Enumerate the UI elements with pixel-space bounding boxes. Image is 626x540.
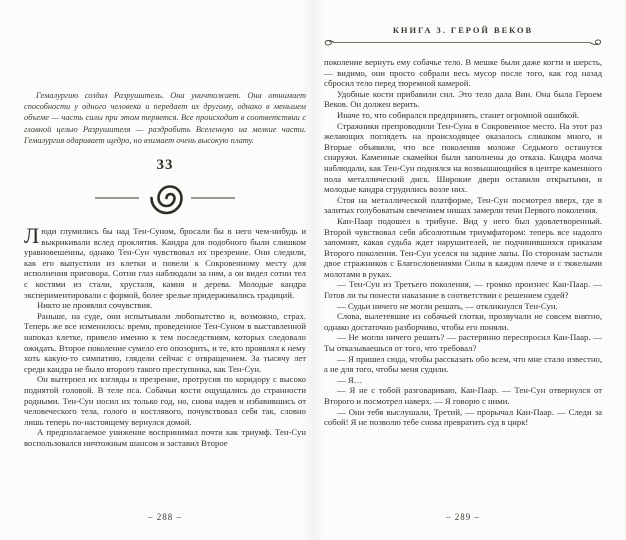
- paragraph: — Я…: [324, 375, 602, 386]
- body-text-left: Люди глумились бы над Тен-Суном, бросали…: [24, 226, 306, 448]
- paragraph: Иначе то, что собирался предпринять, ста…: [324, 110, 602, 121]
- paragraph: Стражники препроводили Тен-Суна в Сокров…: [324, 121, 602, 195]
- page-right: КНИГА 3. ГЕРОЙ ВЕКОВ поколение вернуть е…: [313, 0, 626, 540]
- paragraph: Удобные кости прибавили сил. Это тело да…: [324, 89, 602, 110]
- paragraph-list-left: Никто не проявлял сочувствия.Раньше, на …: [24, 300, 306, 448]
- chapter-number: 33: [24, 157, 306, 174]
- book-spread: Гемалургию создал Разрушитель. Она уничт…: [0, 0, 626, 540]
- paragraph: — Они тебя выслушали, Третий, — прорычал…: [324, 407, 602, 428]
- paragraph: Кан-Паар подошел к трибуне. Вид у него б…: [324, 216, 602, 280]
- chapter-epigraph: Гемалургию создал Разрушитель. Она уничт…: [24, 90, 306, 146]
- paragraph: Стоя на металлической платформе, Тен-Сун…: [324, 195, 602, 216]
- paragraph: А предполагаемое унижение воспринимал по…: [24, 427, 306, 448]
- paragraph: — Судьи ничего не могли решать, — отклик…: [324, 301, 602, 312]
- lead-paragraph-text: юди глумились бы над Тен-Суном, бросали …: [24, 226, 306, 300]
- paragraph: — Тен-Сун из Третьего поколения, — громк…: [324, 279, 602, 300]
- page-left: Гемалургию создал Разрушитель. Она уничт…: [0, 0, 313, 540]
- running-header-title: КНИГА 3. ГЕРОЙ ВЕКОВ: [324, 26, 602, 35]
- epigraph-text: Гемалургию создал Разрушитель. Она уничт…: [24, 90, 306, 146]
- paragraph: — Я пришел сюда, чтобы рассказать обо вс…: [324, 354, 602, 375]
- chapter-ornament: [24, 176, 306, 220]
- paragraph: Никто не проявлял сочувствия.: [24, 300, 306, 311]
- paragraph: Слова, вылетевшие из собачьей глотки, пр…: [324, 311, 602, 332]
- paragraph: Он вытерпел их взгляды и презрение, прот…: [24, 374, 306, 427]
- paragraph: Раньше, на суде, они испытывали любопытс…: [24, 311, 306, 375]
- page-number-right: – 289 –: [324, 512, 602, 540]
- paragraph: — Я не с тобой разговариваю, Кан-Паар. —…: [324, 385, 602, 406]
- drop-cap: Л: [24, 226, 41, 245]
- page-number-left: – 288 –: [24, 512, 306, 540]
- body-text-right: поколение вернуть ему собачье тело. В ме…: [324, 57, 602, 428]
- paragraph: Люди глумились бы над Тен-Суном, бросали…: [24, 226, 306, 300]
- header-rule-icon: [324, 36, 602, 48]
- swirl-ornament-icon: [90, 176, 240, 220]
- paragraph: поколение вернуть ему собачье тело. В ме…: [324, 57, 602, 89]
- running-header: КНИГА 3. ГЕРОЙ ВЕКОВ: [324, 26, 602, 50]
- paragraph: — Не могли ничего решать? — растерянно п…: [324, 332, 602, 353]
